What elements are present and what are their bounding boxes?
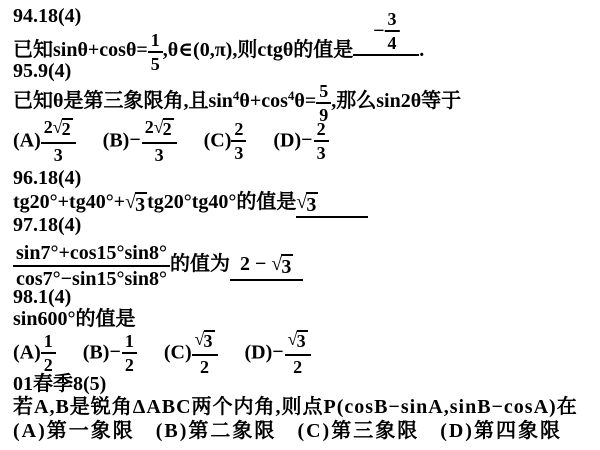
option-key: (A): [13, 129, 41, 151]
fraction: 2√23: [41, 117, 76, 164]
stem-text: θ+cos: [239, 90, 288, 112]
fraction-numerator: 2√2: [142, 117, 177, 144]
option-c: (C)√32: [164, 340, 218, 362]
stem-text: tg20°tg40°的值是: [147, 191, 296, 213]
answer-fraction: −34: [373, 9, 399, 52]
problem-98-options: (A)12 (B)−12 (C)√32 (D)−√32: [13, 328, 333, 376]
option-c: (C)23: [204, 128, 247, 150]
option-key: (D): [273, 129, 301, 151]
option-fraction: √32: [192, 329, 218, 376]
option-fraction: −12: [109, 329, 136, 375]
fraction: √32: [285, 329, 311, 376]
option-a: (A)12: [13, 340, 56, 362]
answer-square-root: √3: [271, 254, 293, 278]
stem-text: ,θ∈(0,π),则ctgθ的值是: [163, 39, 354, 61]
answer-blank: −34: [353, 30, 419, 56]
problem-label-95: 95.9(4): [13, 60, 71, 82]
minus-sign: −: [301, 117, 313, 163]
fraction-denominator: 3: [41, 144, 76, 164]
fraction-denominator: 2: [41, 354, 56, 374]
fraction-1-5: 15: [148, 30, 163, 73]
minus-sign: −: [129, 117, 141, 163]
radicand: 2: [62, 118, 73, 140]
fraction: 12: [41, 331, 56, 374]
option-fraction: 23: [231, 119, 246, 162]
option-d: (D)第四象限: [440, 420, 562, 442]
radicand: 3: [204, 330, 215, 352]
fraction: 2√23: [142, 117, 177, 164]
stem-text: ,那么sin2θ等于: [331, 90, 461, 112]
option-key: (B): [83, 341, 110, 363]
minus-sign: −: [272, 329, 284, 375]
fraction-3-4: 34: [385, 9, 400, 52]
square-root: √3: [125, 192, 147, 216]
option-a: (A)2√23: [13, 128, 76, 150]
option-b: (B)第二象限: [156, 420, 277, 442]
fraction-denominator: 2: [192, 356, 218, 376]
document-page: 94.18(4) 已知sinθ+cosθ=15,θ∈(0,π),则ctgθ的值是…: [0, 0, 600, 450]
square-root: √2: [154, 118, 174, 140]
fraction: 23: [314, 119, 329, 162]
option-key: (D): [245, 341, 273, 363]
fraction-numerator: 2√2: [41, 117, 76, 144]
problem-label-96: 96.18(4): [13, 167, 81, 189]
problem-label-98: 98.1(4): [13, 286, 71, 308]
problem-label-97: 97.18(4): [13, 214, 81, 236]
stem-text: 已知θ是第三象限角,且sin: [13, 90, 233, 112]
problem-01-stem: 若A,B是锐角ΔABC两个内角,则点P(cosB−sinA,sinB−cosA)…: [13, 394, 578, 420]
period: .: [419, 39, 424, 61]
fraction-numerator: 1: [41, 331, 56, 354]
fraction-denominator: 2: [122, 354, 137, 374]
option-fraction: −23: [301, 117, 328, 163]
fraction-numerator: √3: [192, 329, 218, 356]
fraction-denominator: 3: [142, 144, 177, 164]
stem-text: tg20°+tg40°+: [13, 191, 125, 213]
option-key: (B): [103, 129, 130, 151]
option-key: (C): [164, 341, 192, 363]
fraction: 23: [231, 119, 246, 162]
radicand: 3: [281, 254, 293, 278]
square-root: √2: [53, 118, 73, 140]
option-d: (D)−23: [273, 128, 328, 150]
stem-text: 的值为: [170, 253, 230, 275]
square-root: √3: [288, 330, 308, 352]
minus-sign: −: [109, 329, 121, 375]
option-key: (A): [13, 341, 41, 363]
radicand: 3: [297, 330, 308, 352]
stem-text: 已知sinθ+cosθ=: [13, 39, 148, 61]
fraction-denominator: 2: [285, 356, 311, 376]
coefficient: 2: [145, 117, 154, 137]
fraction-numerator: √3: [285, 329, 311, 356]
option-fraction: 12: [41, 331, 56, 374]
fraction-numerator: 1: [148, 30, 163, 53]
option-c: (C)第三象限: [297, 420, 419, 442]
option-b: (B)−2√23: [103, 128, 177, 150]
square-root: √3: [195, 330, 215, 352]
fraction: √32: [192, 329, 218, 376]
fraction-numerator: 2: [314, 119, 329, 142]
fraction-denominator: 4: [385, 32, 400, 52]
radicand: 2: [163, 118, 174, 140]
answer-text: 2 −: [240, 253, 271, 275]
radicand: 3: [306, 192, 318, 216]
fraction: 12: [122, 331, 137, 374]
problem-label-01: 01春季8(5): [13, 373, 106, 395]
fraction-denominator: 5: [148, 53, 163, 73]
option-fraction: −√32: [272, 329, 310, 376]
problem-95-options: (A)2√23 (B)−2√23 (C)23 (D)−23: [13, 116, 351, 164]
option-a: (A)第一象限: [13, 420, 135, 442]
stem-text: θ=: [294, 90, 316, 112]
radicand: 3: [135, 192, 147, 216]
fraction: sin7°+cos15°sin8°cos7°−sin15°sin8°: [13, 242, 170, 289]
fraction-numerator: 1: [122, 331, 137, 354]
fraction-numerator: 3: [385, 9, 400, 32]
fraction-denominator: 3: [231, 142, 246, 162]
option-key: (C): [204, 129, 232, 151]
minus-sign: −: [373, 18, 384, 44]
problem-label-94: 94.18(4): [13, 5, 81, 27]
answer-blank: 2 − √3: [230, 253, 303, 281]
answer-square-root: √3: [296, 192, 318, 216]
fraction-numerator: 5: [316, 81, 331, 104]
option-d: (D)−√32: [245, 340, 311, 362]
problem-01-options: (A)第一象限 (B)第二象限 (C)第三象限 (D)第四象限: [13, 418, 576, 444]
fraction-numerator: sin7°+cos15°sin8°: [13, 242, 170, 267]
answer-blank: √3: [296, 191, 368, 218]
problem-94-stem: 已知sinθ+cosθ=15,θ∈(0,π),则ctgθ的值是−34.: [13, 30, 424, 73]
problem-97-stem: sin7°+cos15°sin8°cos7°−sin15°sin8°的值为2 −…: [13, 238, 303, 290]
fraction-numerator: 2: [231, 119, 246, 142]
fraction-denominator: 3: [314, 142, 329, 162]
big-fraction: sin7°+cos15°sin8°cos7°−sin15°sin8°: [13, 242, 170, 289]
option-fraction: −2√23: [129, 117, 176, 164]
option-fraction: 2√23: [41, 117, 76, 164]
coefficient: 2: [44, 117, 53, 137]
option-b: (B)−12: [83, 340, 137, 362]
